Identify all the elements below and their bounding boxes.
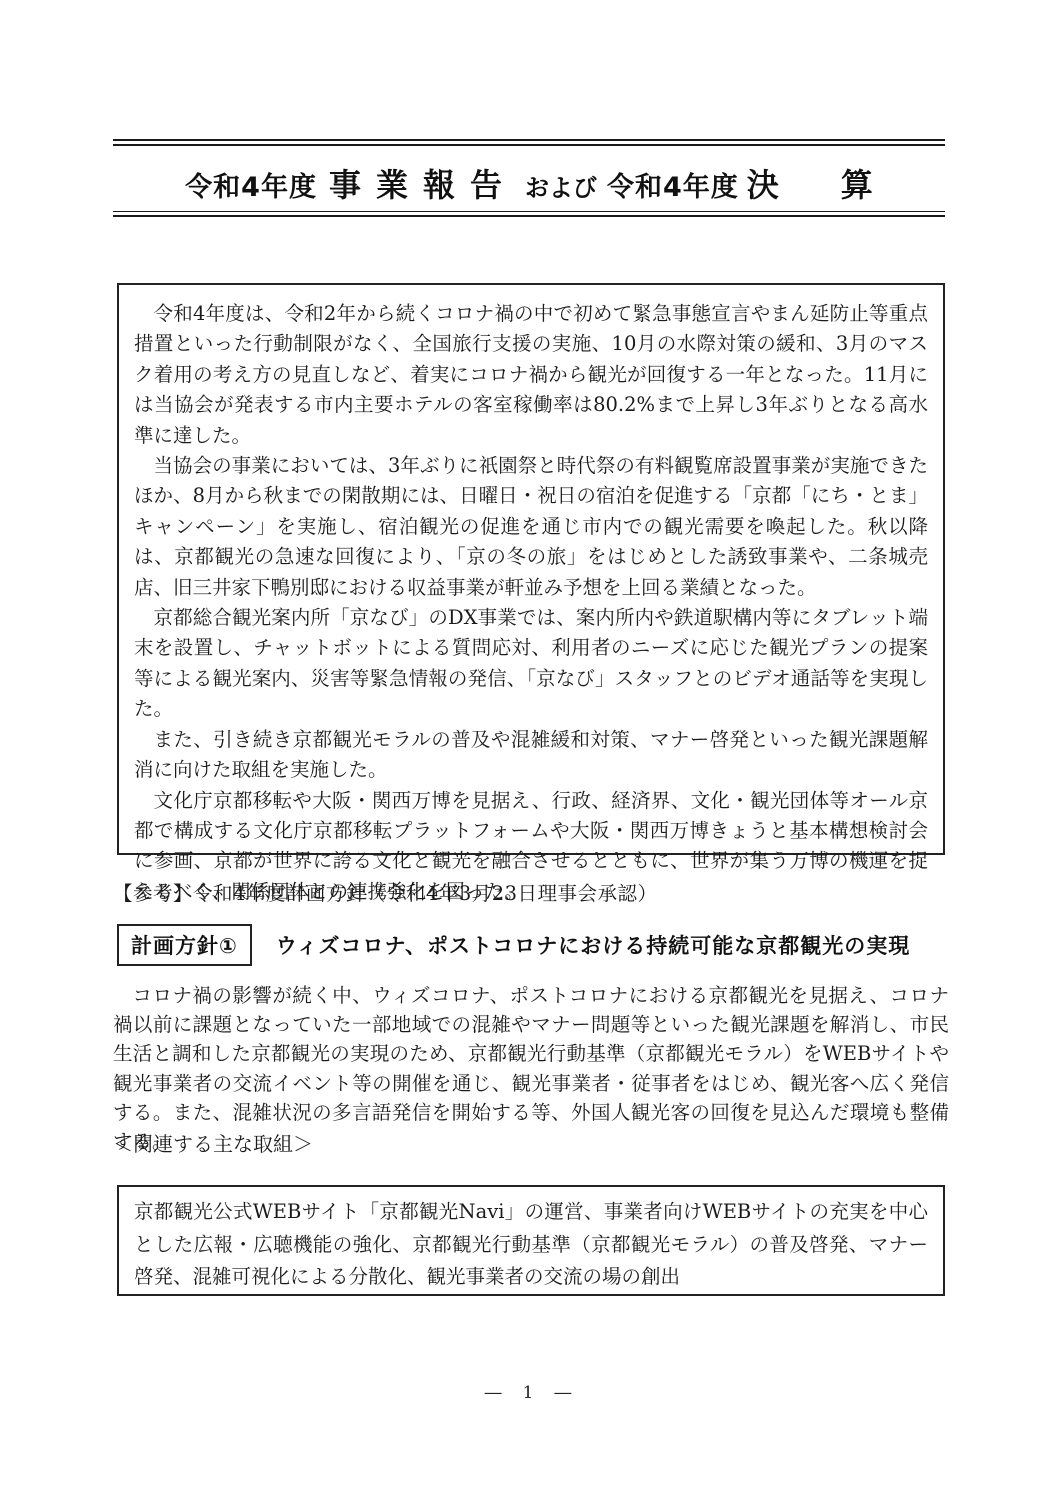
title-era-2: 令和4年度 <box>607 172 739 203</box>
summary-box: 令和4年度は、令和2年から続くコロナ禍の中で初めて緊急事態宣言やまん延防止等重点… <box>117 283 945 855</box>
title-main-2-right: 算 <box>841 166 873 204</box>
page-number: ― 1 ― <box>0 1378 1058 1403</box>
summary-paragraph: 当協会の事業においては、3年ぶりに祇園祭と時代祭の有料観覧席設置事業が実施できた… <box>134 451 928 603</box>
policy-header: 計画方針① ウィズコロナ、ポストコロナにおける持続可能な京都観光の実現 <box>117 924 910 966</box>
related-initiatives-text: 京都観光公式WEBサイト「京都観光Navi」の運営、事業者向けWEBサイトの充実… <box>134 1196 928 1294</box>
title-main-2-left: 決 <box>747 166 779 204</box>
title-connector: および <box>525 174 597 202</box>
summary-paragraph: また、引き続き京都観光モラルの普及や混雑緩和対策、マナー啓発といった観光課題解消… <box>134 725 928 786</box>
title-era-1: 令和4年度 <box>185 172 317 203</box>
title-main-1: 事業報告 <box>329 166 517 204</box>
page-title: 令和4年度事業報告および令和4年度決算 <box>0 160 1058 206</box>
policy-heading: ウィズコロナ、ポストコロナにおける持続可能な京都観光の実現 <box>276 930 910 960</box>
policy-label-badge: 計画方針① <box>117 924 252 966</box>
document-page: 令和4年度事業報告および令和4年度決算 令和4年度は、令和2年から続くコロナ禍の… <box>0 0 1058 1497</box>
title-top-rule <box>113 139 945 146</box>
summary-paragraph: 令和4年度は、令和2年から続くコロナ禍の中で初めて緊急事態宣言やまん延防止等重点… <box>134 299 928 451</box>
summary-paragraph: 京都総合観光案内所「京なび」のDX事業では、案内所内や鉄道駅構内等にタブレット端… <box>134 603 928 725</box>
related-initiatives-box: 京都観光公式WEBサイト「京都観光Navi」の運営、事業者向けWEBサイトの充実… <box>117 1185 945 1296</box>
reference-line: 【参考】令和4年度計画方針（令和4年3月23日理事会承認） <box>113 878 658 906</box>
title-bottom-rule <box>113 211 945 217</box>
related-initiatives-heading: ＜関連する主な取組＞ <box>113 1128 313 1157</box>
